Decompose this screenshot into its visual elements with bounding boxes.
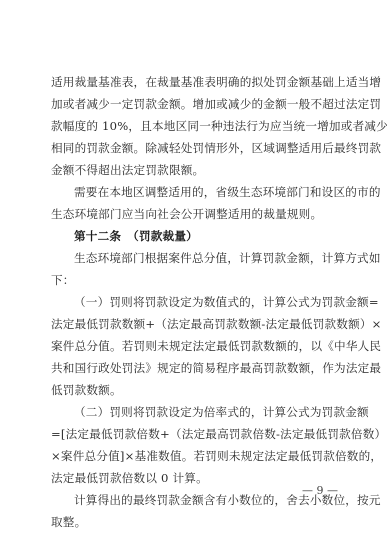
text-line: 生态环境部门应当向社会公开调整适用的裁量规则。 [51, 203, 341, 225]
text-line: =[法定最低罚款倍数+（法定最高罚款倍数-法定最低罚款倍数） [51, 423, 341, 445]
article-heading: 第十二条 （罚款裁量） [51, 225, 341, 247]
text-line: 案件总分值。若罚则未规定法定最低罚款数额的，以《中华人民 [51, 335, 341, 357]
text-line: 法定最低罚款数额+（法定最高罚款数额-法定最低罚款数额）× [51, 313, 341, 335]
text-line: 法定最低罚款倍数以 0 计算。 [51, 467, 341, 489]
text-line: 低罚款数额。 [51, 379, 341, 401]
text-line: 共和国行政处罚法》规定的简易程序最高罚款数额，作为法定最 [51, 357, 341, 379]
text-line: 款幅度的 10%，且本地区同一种违法行为应当统一增加或者减少 [51, 115, 341, 137]
text-line: 相同的罚款金额。除减轻处罚情形外，区域调整适用后最终罚款 [51, 137, 341, 159]
text-line: （一）罚则将罚款设定为数值式的，计算公式为罚款金额= [51, 291, 341, 313]
text-line: 计算得出的最终罚款金额含有小数位的，舍去小数位，按元 [51, 489, 341, 511]
page-number: — 9 — [300, 484, 340, 497]
text-line: 金额不得超出法定罚款限额。 [51, 159, 341, 181]
text-line: 取整。 [51, 511, 341, 533]
document-page: 适用裁量基准表，在裁量基准表明确的拟处罚金额基础上适当增 加或者减少一定罚款金额… [51, 71, 341, 533]
text-line: 下： [51, 269, 341, 291]
text-line: ×案件总分值]×基准数值。若罚则未规定法定最低罚款倍数的， [51, 445, 341, 467]
text-line: 适用裁量基准表，在裁量基准表明确的拟处罚金额基础上适当增 [51, 71, 341, 93]
text-line: （二）罚则将罚款设定为倍率式的，计算公式为罚款金额 [51, 401, 341, 423]
text-line: 生态环境部门根据案件总分值，计算罚款金额，计算方式如 [51, 247, 341, 269]
text-line: 加或者减少一定罚款金额。增加或减少的金额一般不超过法定罚 [51, 93, 341, 115]
text-line: 需要在本地区调整适用的，省级生态环境部门和设区的市的 [51, 181, 341, 203]
